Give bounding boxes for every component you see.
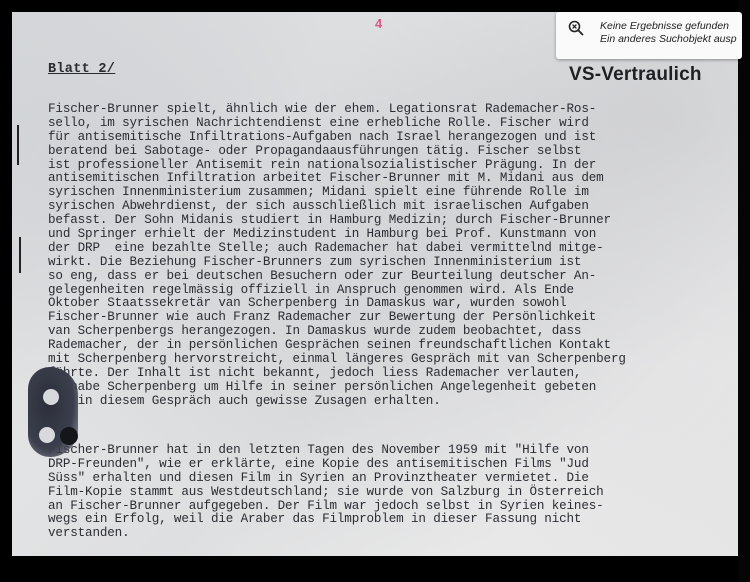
text-line: Film-Kopie stammt aus Westdeutschland; s… [48,486,739,500]
text-line: beratend bei Sabotage- oder Propagandaau… [48,145,739,159]
text-line: mit Scherpenberg hervorstreicht, einmal … [48,353,739,367]
sheet-number: Blatt 2/ [48,62,115,77]
text-line: wirkt. Die Beziehung Fischer-Brunners zu… [48,256,739,270]
text-line: er habe Scherpenberg um Hilfe in seiner … [48,381,739,395]
scanned-document-page: 4 Blatt 2/ VS-Vertraulich Fischer-Brunne… [12,12,739,556]
text-line: Fischer-Brunner wie auch Franz Rademache… [48,311,739,325]
scan-border-bottom [0,556,750,582]
notification-title: Keine Ergebnisse gefunden [600,20,729,32]
text-line: syrischen Innenministerium zusammen; Mid… [48,186,739,200]
text-line: ist professioneller Antisemit rein natio… [48,159,739,173]
text-line: befasst. Der Sohn Midanis studiert in Ha… [48,214,739,228]
text-line: für antisemitische Infiltrations-Aufgabe… [48,131,739,145]
text-line: und in diesem Gespräch auch gewisse Zusa… [48,395,739,409]
text-line: der DRP eine bezahlte Stelle; auch Radem… [48,242,739,256]
text-line: sello, im syrischen Nachrichtendienst ei… [48,117,739,131]
text-line: und Springer erhielt der Medizinstudent … [48,228,739,242]
text-line: Süss" erhalten und diesen Film in Syrien… [48,472,739,486]
notification-subtitle: Ein anderes Suchobjekt ausp [600,33,737,45]
text-line: wegs ein Erfolg, weil die Araber das Fil… [48,513,739,527]
text-line: antisemitischen Infiltration arbeitet Fi… [48,172,739,186]
punch-hole [39,427,55,443]
text-line: DRP-Freunden", wie er erklärte, eine Kop… [48,458,739,472]
scan-border-right [738,0,750,582]
text-line: gelegenheiten regelmässig offiziell in A… [48,284,739,298]
search-no-results-icon [568,20,584,36]
text-line: van Scherpenbergs herangezogen. In Damas… [48,325,739,339]
text-line: verstanden. [48,527,739,541]
text-line: Fischer-Brunner spielt, ähnlich wie der … [48,103,739,117]
margin-mark [17,125,19,165]
text-line: syrischen Abwehrdienst, der sich ausschl… [48,200,739,214]
margin-mark [19,237,21,273]
search-result-notification[interactable]: Keine Ergebnisse gefunden Ein anderes Su… [556,12,742,59]
classification-stamp: VS-Vertraulich [569,64,702,86]
paragraph-1: Fischer-Brunner spielt, ähnlich wie der … [48,103,739,409]
punch-hole [43,389,59,405]
text-line: führte. Der Inhalt ist nicht bekannt, je… [48,367,739,381]
text-line: so eng, dass er bei deutschen Besuchern … [48,270,739,284]
text-line: Rademacher, der in persönlichen Gespräch… [48,339,739,353]
text-line: Oktober Staatssekretär van Scherpenberg … [48,297,739,311]
text-line: an Fischer-Brunner aufgegeben. Der Film … [48,500,739,514]
text-line: Fischer-Brunner hat in den letzten Tagen… [48,444,739,458]
punch-holes [28,367,78,457]
paragraph-2: Fischer-Brunner hat in den letzten Tagen… [48,444,739,541]
page-marker: 4 [375,16,382,31]
punch-hole-dark [60,427,78,445]
